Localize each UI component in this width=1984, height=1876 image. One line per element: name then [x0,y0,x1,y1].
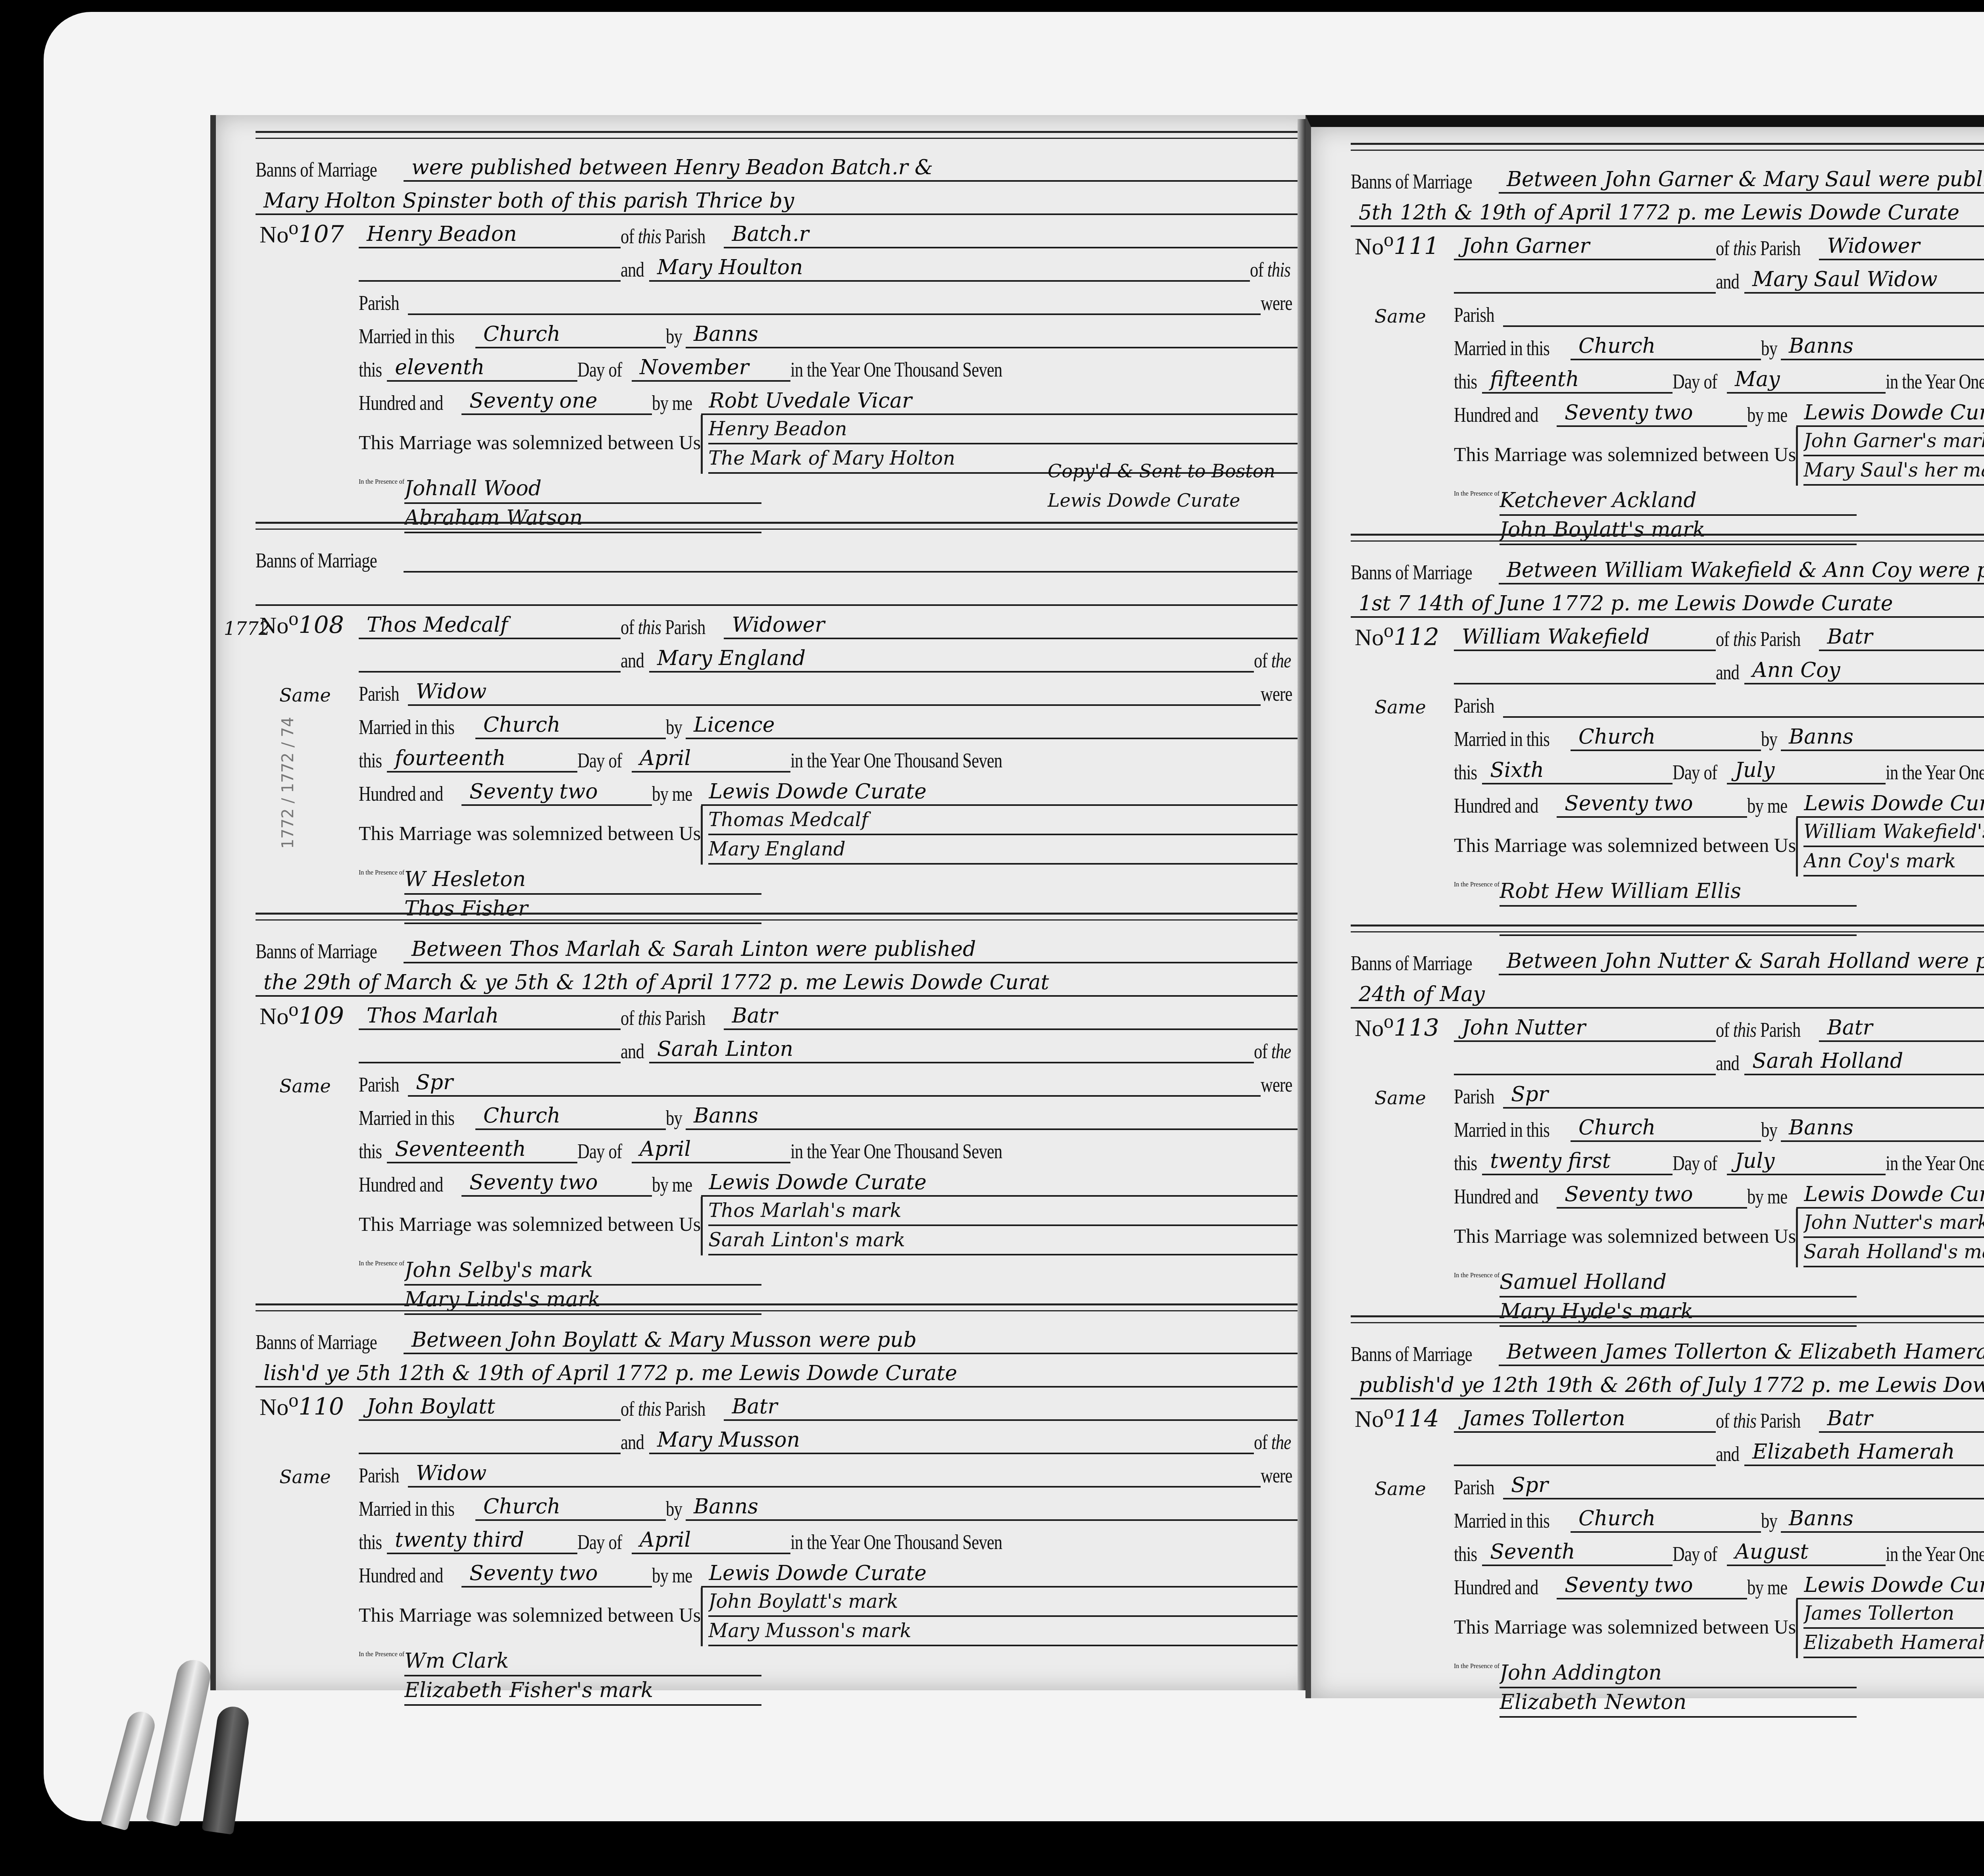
presence-label: In the Presence of [1454,881,1500,888]
of-parish-label: of this Parish [621,1397,706,1421]
and-label: and [1716,270,1739,294]
this-label: this [1454,370,1477,394]
groom-status: Batr [1819,1406,1984,1433]
married-in-label: Married in this [359,716,454,739]
entry-divider [256,522,1299,530]
this-label: this [1454,1543,1477,1566]
year-label: in the Year One Thousand Seven [1886,370,1984,394]
married-in-place: Church [1571,1506,1761,1533]
year-label: in the Year One Thousand Seven [1886,761,1984,784]
marriage-day: Seventh [1482,1539,1673,1566]
entry-divider [1351,534,1984,542]
year-label: in the Year One Thousand Seven [790,1140,1002,1163]
marriage-month: July [1727,1148,1886,1175]
of-parish-label: of this Parish [621,225,706,248]
by-label: by [666,1497,682,1521]
this-label: this [359,358,382,382]
married-in-label: Married in this [359,1497,454,1521]
married-in-place: Church [475,712,666,739]
year-label: in the Year One Thousand Seven [1886,1152,1984,1175]
marriage-method: Banns [1781,1115,1984,1142]
margin-same: Same [1375,696,1426,718]
presence-label: In the Presence of [359,479,404,486]
and-label: and [621,1431,644,1454]
of-label: of the [1254,649,1291,673]
married-in-place: Church [475,1494,666,1521]
by-me-label: by me [1747,1576,1787,1599]
hundred-and-label: Hundred and [1454,1185,1538,1209]
groom-blank [359,255,621,282]
bride-status: Widow [408,679,1261,706]
groom-status: Widower [1819,233,1984,260]
officiant: Lewis Dowde Curate [1796,400,1984,427]
solemnized-label: This Marriage was solemnized between Us [359,822,701,845]
were-label: were [1261,1464,1292,1488]
marriage-entry-109: Banns of Marriage Between Thos Marlah & … [256,913,1299,1294]
signatures: Thomas Medcalf Mary England [701,806,1299,865]
and-label: and [1716,1443,1739,1466]
officiant: Lewis Dowde Curate [701,779,1299,806]
parish-label: Parish [359,682,399,706]
groom-name: William Wakefield [1454,624,1716,651]
banns-text-line2: lish'd ye 5th 12th & 19th of April 1772 … [256,1361,1299,1388]
witness-1: John Addington [1500,1659,1857,1688]
witness-1: John Selby's mark [404,1256,761,1286]
banns-label: Banns of Marriage [256,1331,377,1354]
banns-text-line2: 1st 7 14th of June 1772 p. me Lewis Dowd… [1351,591,1984,618]
marriage-day: fourteenth [387,746,577,773]
hundred-and-label: Hundred and [1454,1576,1538,1599]
bride-name: Mary Houlton [649,255,1250,282]
by-label: by [1761,1509,1777,1533]
by-me-label: by me [652,1173,692,1197]
day-of-label: Day of [1673,1152,1717,1175]
signatures: John Nutter's mark Sarah Holland's mark [1796,1209,1984,1267]
this-label: this [359,1140,382,1163]
presence-label: In the Presence of [1454,1663,1500,1670]
banns-text-line2: publish'd ye 12th 19th & 26th of July 17… [1351,1372,1984,1399]
entry-number: Noo108 [260,607,344,639]
solemnized-label: This Marriage was solemnized between Us [1454,834,1796,857]
year-label: in the Year One Thousand Seven [790,358,1002,382]
hundred-and-label: Hundred and [359,1564,443,1588]
married-in-place: Church [475,1103,666,1130]
presence-label: In the Presence of [1454,1272,1500,1279]
banns-label: Banns of Marriage [1351,561,1472,584]
bride-status: Spr [1503,1472,1984,1499]
day-of-label: Day of [577,1140,622,1163]
marriage-year-tail: Seventy two [1557,400,1747,427]
year-label: in the Year One Thousand Seven [790,1531,1002,1554]
by-label: by [1761,337,1777,360]
and-label: and [621,1040,644,1063]
entry-number: Noo114 [1355,1400,1439,1433]
and-label: and [621,258,644,282]
banns-text-line1: Between James Tollerton & Elizabeth Hame… [1499,1339,1984,1366]
year-label: in the Year One Thousand Seven [1886,1543,1984,1566]
hand-holding-page [115,1647,258,1833]
officiant: Lewis Dowde Curate [701,1170,1299,1197]
entry-number: Noo109 [260,998,344,1030]
this-label: this [359,749,382,773]
officiant: Lewis Dowde Curate [1796,791,1984,818]
parish-label: Parish [359,1464,399,1488]
of-parish-label: of this Parish [1716,1409,1801,1433]
banns-text-line1 [404,546,1299,573]
and-label: and [1716,1052,1739,1075]
register-page-left: Banns of Marriage were published between… [210,115,1315,1690]
margin-same: Same [1375,306,1426,327]
parish-label: Parish [1454,1476,1494,1499]
marriage-day: eleventh [387,355,577,382]
signature-groom: William Wakefield's mark [1803,818,1984,847]
groom-name: Thos Medcalf [359,612,621,639]
by-label: by [1761,728,1777,751]
marriage-method: Banns [686,1103,1299,1130]
marriage-month: August [1727,1539,1886,1566]
pencil-margin-note: 1772 / 1772 / 74 [279,717,297,849]
banns-text-line2 [256,579,1299,606]
banns-text-line1: were published between Henry Beadon Batc… [404,155,1299,182]
signature-bride: Sarah Holland's mark [1803,1238,1984,1267]
banns-label: Banns of Marriage [256,940,377,963]
marriage-day: Sixth [1482,757,1673,784]
groom-status: Batch.r [724,221,1299,248]
groom-name: James Tollerton [1454,1406,1716,1433]
banns-label: Banns of Marriage [1351,952,1472,975]
groom-status: Batr [724,1394,1299,1421]
witness-1: Samuel Holland [1500,1268,1857,1297]
presence-label: In the Presence of [1454,490,1500,498]
solemnized-label: This Marriage was solemnized between Us [359,431,701,454]
solemnized-label: This Marriage was solemnized between Us [1454,1615,1796,1638]
signature-bride: Mary Musson's mark [708,1617,1299,1646]
year-label: in the Year One Thousand Seven [790,749,1002,773]
witness-1: Ketchever Ackland [1500,486,1857,516]
this-label: this [1454,1152,1477,1175]
married-in-label: Married in this [1454,1119,1550,1142]
banns-text-line2: the 29th of March & ye 5th & 12th of Apr… [256,970,1299,997]
side-note: Copy'd & Sent to Boston Lewis Dowde Cura… [1048,456,1275,515]
of-label: of the [1254,1431,1291,1454]
signatures: William Wakefield's mark Ann Coy's mark [1796,818,1984,876]
and-label: and [621,649,644,673]
groom-blank [359,1036,621,1063]
groom-name: Henry Beadon [359,221,621,248]
marriage-day: twenty first [1482,1148,1673,1175]
solemnized-label: This Marriage was solemnized between Us [1454,1224,1796,1247]
groom-blank [1454,1048,1716,1075]
signature-groom: John Nutter's mark [1803,1209,1984,1238]
marriage-method: Banns [686,321,1299,348]
witness-2: Elizabeth Fisher's mark [404,1676,761,1706]
married-in-label: Married in this [359,1107,454,1130]
marriage-year-tail: Seventy two [461,1170,652,1197]
parish-label: Parish [359,1073,399,1097]
parish-label: Parish [1454,304,1494,327]
signature-groom: Thomas Medcalf [708,806,1299,835]
entry-number: Noo107 [260,216,344,248]
bride-status [1503,300,1984,327]
signature-groom: Henry Beadon [708,415,1299,444]
entry-divider [256,131,1299,139]
married-in-place: Church [1571,333,1761,360]
entry-number: Noo112 [1355,619,1439,651]
bride-name: Mary Saul Widow [1744,267,1984,294]
were-label: were [1261,1073,1292,1097]
were-label: were [1261,682,1292,706]
hundred-and-label: Hundred and [1454,404,1538,427]
parish-label: Parish [1454,1085,1494,1109]
marriage-entry-111: Banns of Marriage Between John Garner & … [1351,143,1984,524]
marriage-year-tail: Seventy two [1557,1572,1747,1599]
banns-label: Banns of Marriage [256,549,377,573]
groom-name: John Garner [1454,233,1716,260]
by-me-label: by me [1747,794,1787,818]
by-me-label: by me [1747,1185,1787,1209]
marriage-month: November [632,355,790,382]
marriage-year-tail: Seventy two [1557,791,1747,818]
hundred-and-label: Hundred and [359,1173,443,1197]
marriage-year-tail: Seventy two [461,779,652,806]
officiant: Robt Uvedale Vicar [701,388,1299,415]
day-of-label: Day of [1673,370,1717,394]
were-label: were [1261,292,1292,315]
by-me-label: by me [652,782,692,806]
of-label: of the [1254,1040,1291,1063]
witness-1: Wm Clark [404,1647,761,1676]
entry-number: Noo110 [260,1388,344,1421]
entry-divider [256,913,1299,921]
parish-label: Parish [359,292,399,315]
marriage-method: Banns [1781,724,1984,751]
day-of-label: Day of [577,1531,622,1554]
groom-blank [1454,1439,1716,1466]
officiant: Lewis Dowde Curate [701,1561,1299,1588]
presence-label: In the Presence of [359,1651,404,1658]
entry-divider [1351,1315,1984,1323]
entry-divider [1351,925,1984,932]
signature-groom: James Tollerton [1803,1599,1984,1629]
signature-bride: Elizabeth Hamerah's mark [1803,1629,1984,1658]
this-label: this [359,1531,382,1554]
marriage-year-tail: Seventy two [461,1561,652,1588]
of-parish-label: of this Parish [1716,237,1801,260]
marriage-method: Banns [1781,1506,1984,1533]
banns-text-line1: Between William Wakefield & Ann Coy were… [1499,557,1984,584]
marriage-month: April [632,1527,790,1554]
entry-divider [1351,143,1984,151]
marriage-entry-113: Banns of Marriage Between John Nutter & … [1351,925,1984,1305]
banns-text-line1: Between John Garner & Mary Saul were pub… [1499,167,1984,194]
banns-label: Banns of Marriage [1351,170,1472,194]
hundred-and-label: Hundred and [359,782,443,806]
married-in-label: Married in this [1454,728,1550,751]
bride-status [1503,691,1984,718]
signatures: John Garner's mark Mary Saul's her mark [1796,427,1984,486]
groom-status: Batr [1819,1015,1984,1042]
marriage-day: Seventeenth [387,1136,577,1163]
witness-1: Robt Hew William Ellis [1500,877,1857,907]
bride-status: Widow [408,1461,1261,1488]
entry-number: Noo113 [1355,1009,1439,1042]
by-label: by [1761,1119,1777,1142]
bride-status [408,288,1261,315]
solemnized-label: This Marriage was solemnized between Us [359,1603,701,1626]
marriage-month: May [1727,367,1886,394]
by-me-label: by me [652,1564,692,1588]
bride-status: Spr [408,1070,1261,1097]
groom-name: Thos Marlah [359,1003,621,1030]
marriage-entry-112: Banns of Marriage Between William Wakefi… [1351,534,1984,915]
and-label: and [1716,661,1739,684]
married-in-place: Church [1571,724,1761,751]
marriage-entry-108: Banns of Marriage 1772 Noo108 Thos Medca… [256,522,1299,903]
married-in-label: Married in this [1454,337,1550,360]
bride-name: Sarah Holland [1744,1048,1984,1075]
bride-name: Mary Musson [649,1427,1254,1454]
signature-bride: Mary England [708,835,1299,865]
signature-bride: Sarah Linton's mark [708,1226,1299,1255]
margin-same: Same [279,684,331,706]
by-label: by [666,1107,682,1130]
day-of-label: Day of [1673,1543,1717,1566]
signature-groom: Thos Marlah's mark [708,1197,1299,1226]
this-label: this [1454,761,1477,784]
banns-text-line2: 5th 12th & 19th of April 1772 p. me Lewi… [1351,200,1984,227]
married-in-label: Married in this [1454,1509,1550,1533]
married-in-place: Church [475,321,666,348]
day-of-label: Day of [1673,761,1717,784]
groom-blank [359,646,621,673]
groom-status: Batr [1819,624,1984,651]
bride-name: Sarah Linton [649,1036,1254,1063]
banns-text-line2: Mary Holton Spinster both of this parish… [256,188,1299,215]
bride-name: Mary England [649,646,1254,673]
presence-label: In the Presence of [359,869,404,876]
marriage-month: April [632,746,790,773]
presence-label: In the Presence of [359,1260,404,1267]
by-me-label: by me [652,392,692,415]
officiant: Lewis Dowde Curate [1796,1572,1984,1599]
by-label: by [666,716,682,739]
witness-1: W Hesleton [404,865,761,895]
marriage-method: Banns [1781,333,1984,360]
signatures: James Tollerton Elizabeth Hamerah's mark [1796,1599,1984,1658]
of-parish-label: of this Parish [1716,1019,1801,1042]
marriage-entry-114: Banns of Marriage Between James Tollerto… [1351,1315,1984,1696]
groom-name: John Boylatt [359,1394,621,1421]
register-page-right: Banns of Marriage Between John Garner & … [1305,115,1984,1698]
signatures: Thos Marlah's mark Sarah Linton's mark [701,1197,1299,1255]
solemnized-label: This Marriage was solemnized between Us [1454,443,1796,466]
signature-bride: Mary Saul's her mark [1803,456,1984,486]
entry-number: Noo111 [1355,228,1439,260]
banns-text-line1: Between John Boylatt & Mary Musson were … [404,1327,1299,1354]
married-in-place: Church [1571,1115,1761,1142]
signature-bride: Ann Coy's mark [1803,847,1984,876]
groom-blank [1454,657,1716,684]
day-of-label: Day of [577,749,622,773]
entry-divider [256,1303,1299,1311]
banns-label: Banns of Marriage [1351,1343,1472,1366]
of-parish-label: of this Parish [1716,628,1801,651]
marriage-entry-110: Banns of Marriage Between John Boylatt &… [256,1303,1299,1684]
witness-1: Johnall Wood [404,475,761,504]
banns-text-line1: Between John Nutter & Sarah Holland were… [1499,948,1984,975]
hundred-and-label: Hundred and [359,392,443,415]
by-label: by [666,325,682,348]
signatures: John Boylatt's mark Mary Musson's mark [701,1588,1299,1646]
marriage-day: twenty third [387,1527,577,1554]
witnesses: John Addington Elizabeth Newton [1500,1659,1857,1718]
of-parish-label: of this Parish [621,616,706,639]
of-label: of this [1250,258,1290,282]
banns-text-line2: 24th of May [1351,982,1984,1009]
marriage-method: Banns [686,1494,1299,1521]
groom-blank [1454,267,1716,294]
groom-status: Widower [724,612,1299,639]
bride-name: Elizabeth Hamerah [1744,1439,1984,1466]
marriage-entry-107: Banns of Marriage were published between… [256,131,1299,512]
married-in-label: Married in this [359,325,454,348]
of-parish-label: of this Parish [621,1007,706,1030]
signature-groom: John Garner's mark [1803,427,1984,456]
by-me-label: by me [1747,404,1787,427]
margin-same: Same [1375,1087,1426,1109]
signature-groom: John Boylatt's mark [708,1588,1299,1617]
groom-blank [359,1427,621,1454]
marriage-year-tail: Seventy one [461,388,652,415]
groom-name: John Nutter [1454,1015,1716,1042]
marriage-year-tail: Seventy two [1557,1182,1747,1209]
officiant: Lewis Dowde Curate [1796,1182,1984,1209]
banns-text-line1: Between Thos Marlah & Sarah Linton were … [404,936,1299,963]
witness-2: Elizabeth Newton [1500,1688,1857,1718]
marriage-month: April [632,1136,790,1163]
marriage-day: fifteenth [1482,367,1673,394]
margin-same: Same [279,1466,331,1488]
bride-name: Ann Coy [1744,657,1984,684]
marriage-method: Licence [686,712,1299,739]
hundred-and-label: Hundred and [1454,794,1538,818]
witnesses: Wm Clark Elizabeth Fisher's mark [404,1647,761,1706]
parish-label: Parish [1454,694,1494,718]
groom-status: Batr [724,1003,1299,1030]
banns-label: Banns of Marriage [256,158,377,182]
marriage-month: July [1727,757,1886,784]
solemnized-label: This Marriage was solemnized between Us [359,1213,701,1236]
bride-status: Spr [1503,1082,1984,1109]
day-of-label: Day of [577,358,622,382]
margin-same: Same [279,1075,331,1097]
margin-same: Same [1375,1478,1426,1499]
